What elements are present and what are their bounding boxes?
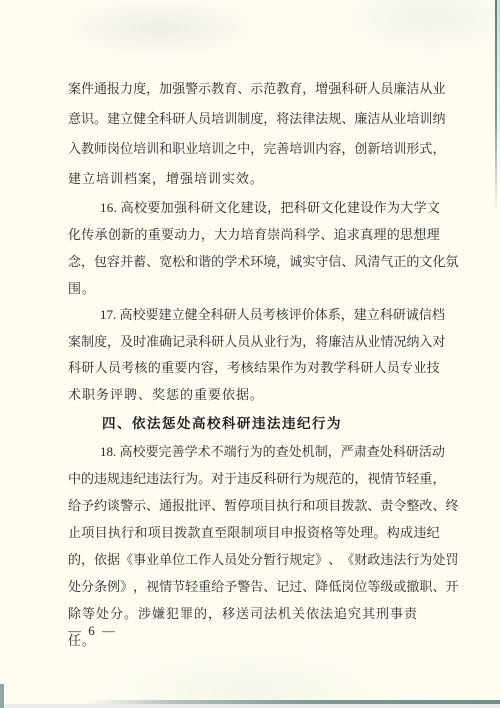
text-line: 16. 高校要加强科研文化建设，把科研文化建设作为大学文 [68, 194, 440, 221]
text-line: 科研人员考核的重要内容，考核结果作为对教学科研人员专业技 [68, 355, 440, 382]
text-line: 中的违规违纪违法行为。对于违反科研行为规范的，视情节轻重， [68, 465, 440, 492]
section-heading: 四、依法惩处高校科研违法违纪行为 [68, 410, 440, 438]
text-line: 念，包容并蓄、宽松和谐的学术环境，诚实守信、风清气正的文化氛 [68, 248, 440, 275]
text-line: 建立培训档案，增强培训实效。 [68, 164, 440, 194]
text-line: 入教师岗位培训和职业培训之中，完善培训内容，创新培训形式， [68, 134, 440, 164]
scan-edge-bottom-fill [0, 704, 500, 708]
text-line: 除等处分。涉嫌犯罪的，移送司法机关依法追究其刑事责任。 [68, 600, 440, 627]
text-line: 术职务评聘、奖惩的重要依据。 [68, 382, 440, 409]
text-line: 案制度，及时准确记录科研人员从业行为，将廉洁从业情况纳入对 [68, 329, 440, 356]
text-line: 18. 高校要完善学术不端行为的查处机制，严肃查处科研活动 [68, 438, 440, 465]
text-line: 围。 [68, 275, 440, 302]
text-line: 止项目执行和项目拨款直至限制项目申报资格等处理。构成违纪 [68, 519, 440, 546]
scan-edge-right-line [495, 0, 497, 215]
paragraph-18: 18. 高校要完善学术不端行为的查处机制，严肃查处科研活动 中的违规违纪违法行为… [68, 438, 440, 627]
text-line: 处分条例》，视情节轻重给予警告、记过、降低岗位等级或撤职、开 [68, 573, 440, 600]
scanned-document-page: 案件通报力度，加强警示教育、示范教育，增强科研人员廉洁从业 意识。建立健全科研人… [0, 0, 500, 708]
text-line: 17. 高校要建立健全科研人员考核评价体系，建立科研诚信档 [68, 302, 440, 329]
text-line: 给予约谈警示、通报批评、暂停项目执行和项目拨款、责令整改、终 [68, 492, 440, 519]
paragraph-continuation: 案件通报力度，加强警示教育、示范教育，增强科研人员廉洁从业 意识。建立健全科研人… [68, 74, 440, 194]
text-line: 意识。建立健全科研人员培训制度，将法律法规、廉洁从业培训纳 [68, 104, 440, 134]
text-line: 的，依据《事业单位工作人员处分暂行规定》、《财政违法行为处罚 [68, 546, 440, 573]
text-line: 案件通报力度，加强警示教育、示范教育，增强科研人员廉洁从业 [68, 74, 440, 104]
paragraph-17: 17. 高校要建立健全科研人员考核评价体系，建立科研诚信档 案制度，及时准确记录… [68, 302, 440, 408]
document-text-block: 案件通报力度，加强警示教育、示范教育，增强科研人员廉洁从业 意识。建立健全科研人… [68, 74, 440, 641]
scan-corner-mark [0, 684, 4, 708]
text-line: 化传承创新的重要动力，大力培育崇尚科学、追求真理的思想理 [68, 221, 440, 248]
paragraph-16: 16. 高校要加强科研文化建设，把科研文化建设作为大学文 化传承创新的重要动力，… [68, 194, 440, 302]
